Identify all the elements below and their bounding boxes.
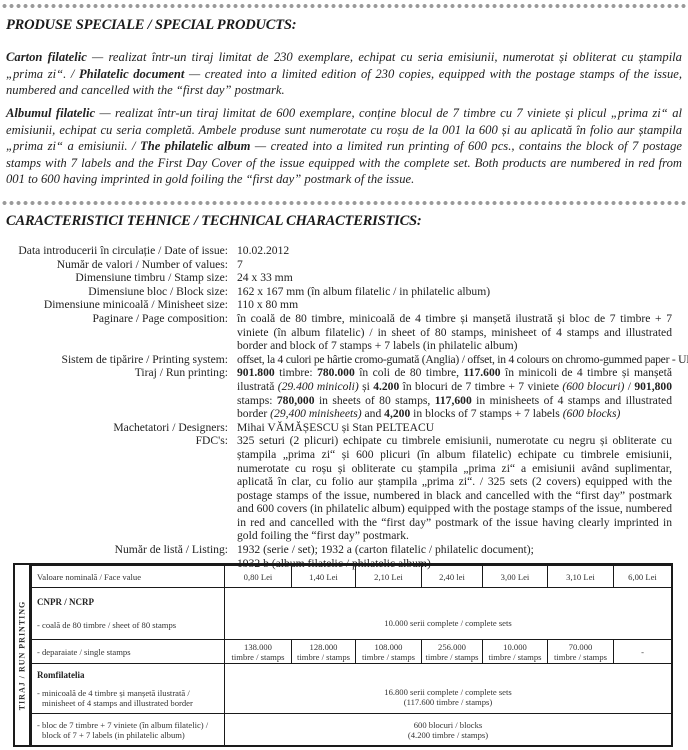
run-printing-note: (29.400 minicoli) (278, 380, 359, 393)
spec-row-designers: Machetatori / Designers: Mihai VĂMĂȘESCU… (0, 421, 688, 435)
side-label-run-printing: TIRAJ / RUN PRINTING (15, 565, 31, 745)
run-printing-note: (29,400 minisheets) (270, 407, 361, 420)
run-printing-text: timbre: (275, 366, 317, 379)
spec-label: Sistem de tipărire / Printing system: (0, 353, 237, 367)
spec-value: 7 (237, 258, 672, 272)
section-title-special-products: PRODUSE SPECIALE / SPECIAL PRODUCTS: (6, 17, 296, 34)
minisheet-label-line: - minicoală de 4 timbre și manșetă ilust… (37, 688, 221, 698)
run-printing-figure: 4,200 (384, 407, 410, 420)
unit: timbre / stamps (486, 652, 544, 662)
spec-row-fdcs: FDC's: 325 seturi (2 plicuri) echipate c… (0, 434, 688, 543)
face-value-cell: 3,00 Lei (483, 566, 548, 588)
run-printing-text: în coli de 80 timbre, (355, 366, 464, 379)
unit: timbre / stamps (295, 652, 352, 662)
run-printing-table: TIRAJ / RUN PRINTING Valoare nominală / … (13, 563, 673, 747)
run-printing-text: în blocuri de 7 timbre + 7 viniete (399, 380, 562, 393)
spec-value: în coală de 80 timbre, minicoală de 4 ti… (237, 312, 672, 353)
spec-value-run-printing: 901.800 timbre: 780.000 în coli de 80 ti… (237, 366, 672, 420)
listing-line: 1932 (serie / set); 1932 a (carton filat… (237, 543, 672, 557)
run-printing-figure: 901,800 (634, 380, 672, 393)
block-value-cell: 600 blocuri / blocks (4.200 timbre / sta… (225, 714, 672, 746)
paragraph-philatelic-album: Albumul filatelic — realizat într-un tir… (6, 105, 682, 188)
single-stamps-label: - deparaiate / single stamps (32, 640, 225, 664)
run-printing-figure: 4.200 (373, 380, 399, 393)
run-printing-figure: 780.000 (317, 366, 355, 379)
unit: timbre / stamps (551, 652, 610, 662)
single-stamps-cell: 138.000timbre / stamps (225, 640, 292, 664)
spec-row-date-of-issue: Data introducerii în circulație / Date o… (0, 244, 688, 258)
cnpr-sheet-label-cell: CNPR / NCRP - coală de 80 timbre / sheet… (32, 588, 225, 640)
qty: 256.000 (425, 642, 479, 652)
spec-value: 325 seturi (2 plicuri) echipate cu timbr… (237, 434, 672, 543)
run-printing-grid: Valoare nominală / Face value 0,80 Lei 1… (31, 565, 672, 746)
spec-label: Dimensiune bloc / Block size: (0, 285, 237, 299)
spec-label: FDC's: (0, 434, 237, 543)
block-label-line: - bloc de 7 timbre + 7 viniete (în album… (37, 720, 221, 730)
block-label-cell: - bloc de 7 timbre + 7 viniete (în album… (32, 714, 225, 746)
spec-value: Mihai VĂMĂȘESCU și Stan PELTEACU (237, 421, 672, 435)
philatelic-document-en-title: Philatelic document (79, 67, 184, 81)
run-printing-figure: 901.800 (237, 366, 275, 379)
spec-row-run-printing: Tiraj / Run printing: 901.800 timbre: 78… (0, 366, 688, 420)
run-printing-figure: 117,600 (435, 394, 472, 407)
table-row-face-value: Valoare nominală / Face value 0,80 Lei 1… (32, 566, 672, 588)
section-title-technical-characteristics: CARACTERISTICI TEHNICE / TECHNICAL CHARA… (6, 213, 422, 230)
table-row-single-stamps: - deparaiate / single stamps 138.000timb… (32, 640, 672, 664)
side-label-text: TIRAJ / RUN PRINTING (18, 600, 27, 710)
table-row-block: - bloc de 7 timbre + 7 viniete (în album… (32, 714, 672, 746)
spec-label: Data introducerii în circulație / Date o… (0, 244, 237, 258)
run-printing-note: (600 blocks) (563, 407, 621, 420)
block-value-line: 600 blocuri / blocks (228, 720, 668, 730)
spec-value: 162 x 167 mm (în album filatelic / in ph… (237, 285, 672, 299)
unit: timbre / stamps (425, 652, 479, 662)
spec-value: 10.02.2012 (237, 244, 672, 258)
block-value-line: (4.200 timbre / stamps) (228, 730, 668, 740)
dotted-separator (0, 200, 688, 206)
philatelic-album-ro-title: Albumul filatelic (6, 106, 95, 120)
unit: timbre / stamps (359, 652, 418, 662)
single-stamps-cell: 108.000timbre / stamps (356, 640, 422, 664)
group-title-cnpr: CNPR / NCRP (37, 597, 221, 607)
qty: 128.000 (295, 642, 352, 652)
spec-value: 110 x 80 mm (237, 298, 672, 312)
philatelic-album-en-title: The philatelic album (140, 139, 250, 153)
single-stamps-cell: - (614, 640, 672, 664)
qty: 138.000 (228, 642, 288, 652)
spec-row-printing-system: Sistem de tipărire / Printing system: of… (0, 353, 688, 367)
face-value-cell: 2,40 lei (422, 566, 483, 588)
spec-value: 24 x 33 mm (237, 271, 672, 285)
minisheet-value-line: (117.600 timbre / stamps) (228, 697, 668, 707)
single-stamps-cell: 256.000timbre / stamps (422, 640, 483, 664)
minisheet-value-cell: 16.800 serii complete / complete sets (1… (225, 664, 672, 714)
spec-row-block-size: Dimensiune bloc / Block size: 162 x 167 … (0, 285, 688, 299)
table-row-minisheet: Romfilatelia - minicoală de 4 timbre și … (32, 664, 672, 714)
minisheet-value-line: 16.800 serii complete / complete sets (228, 687, 668, 697)
unit: timbre / stamps (228, 652, 288, 662)
run-printing-text: și (359, 380, 373, 393)
single-stamps-cell: 10.000timbre / stamps (483, 640, 548, 664)
spec-label: Număr de valori / Number of values: (0, 258, 237, 272)
single-stamps-cell: 128.000timbre / stamps (292, 640, 356, 664)
sheet-label: - coală de 80 timbre / sheet of 80 stamp… (37, 620, 221, 630)
run-printing-figure: 117.600 (464, 366, 501, 379)
spec-label: Dimensiune minicoală / Minisheet size: (0, 298, 237, 312)
qty: - (617, 647, 668, 657)
spec-row-stamp-size: Dimensiune timbru / Stamp size: 24 x 33 … (0, 271, 688, 285)
run-printing-figure: 780,000 (277, 394, 315, 407)
sheet-value: 10.000 serii complete / complete sets (225, 588, 672, 640)
spec-label: Paginare / Page composition: (0, 312, 237, 353)
run-printing-text: in blocks of 7 stamps + 7 labels (410, 407, 562, 420)
minisheet-label-line: minisheet of 4 stamps and illustrated bo… (37, 698, 221, 708)
run-printing-text: stamps: (237, 394, 277, 407)
philatelic-document-ro-title: Carton filatelic (6, 50, 87, 64)
qty: 70.000 (551, 642, 610, 652)
run-printing-note: (600 blocuri) (562, 380, 624, 393)
face-value-cell: 6,00 Lei (614, 566, 672, 588)
face-value-cell: 2,10 Lei (356, 566, 422, 588)
technical-characteristics-list: Data introducerii în circulație / Date o… (0, 244, 688, 570)
spec-row-page-composition: Paginare / Page composition: în coală de… (0, 312, 688, 353)
face-value-cell: 3,10 Lei (548, 566, 614, 588)
table-row-cnpr-sheet: CNPR / NCRP - coală de 80 timbre / sheet… (32, 588, 672, 640)
spec-value: offset, la 4 culori pe hârtie cromo-guma… (237, 353, 672, 367)
paragraph-philatelic-document: Carton filatelic — realizat într-un tira… (6, 49, 682, 99)
single-stamps-cell: 70.000timbre / stamps (548, 640, 614, 664)
face-value-cell: 0,80 Lei (225, 566, 292, 588)
spec-label: Tiraj / Run printing: (0, 366, 237, 420)
qty: 10.000 (486, 642, 544, 652)
face-value-label: Valoare nominală / Face value (32, 566, 225, 588)
spec-label: Machetatori / Designers: (0, 421, 237, 435)
spec-row-number-of-values: Număr de valori / Number of values: 7 (0, 258, 688, 272)
block-label-line: block of 7 + 7 labels (in philatelic alb… (37, 730, 221, 740)
run-printing-text: / (624, 380, 634, 393)
run-printing-text: and (362, 407, 385, 420)
qty: 108.000 (359, 642, 418, 652)
dotted-separator (0, 3, 688, 9)
run-printing-text: in sheets of 80 stamps, (315, 394, 435, 407)
face-value-cell: 1,40 Lei (292, 566, 356, 588)
spec-row-minisheet-size: Dimensiune minicoală / Minisheet size: 1… (0, 298, 688, 312)
minisheet-label-cell: Romfilatelia - minicoală de 4 timbre și … (32, 664, 225, 714)
group-title-romfilatelia: Romfilatelia (37, 670, 221, 680)
spec-label: Dimensiune timbru / Stamp size: (0, 271, 237, 285)
